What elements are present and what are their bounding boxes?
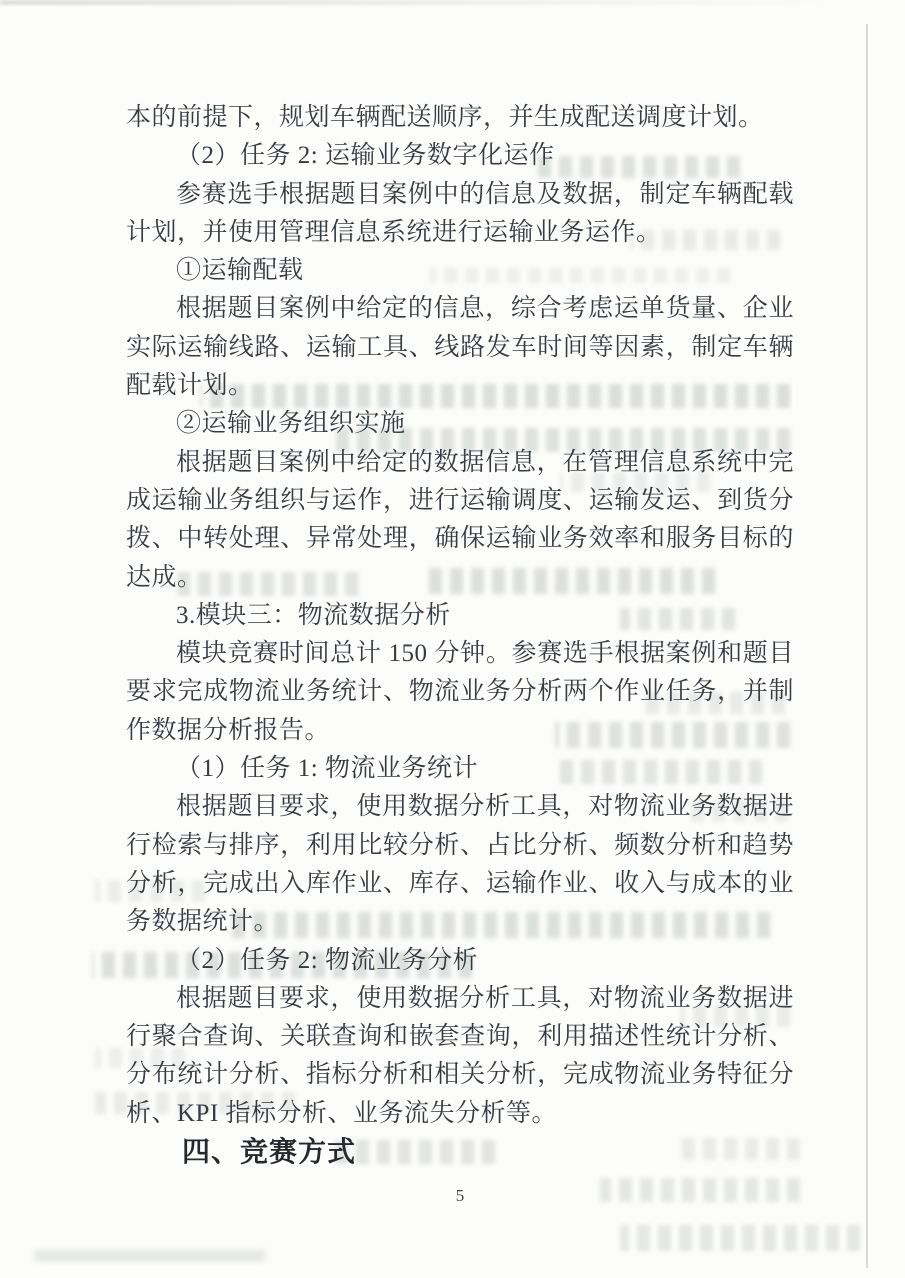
- task-subheading: （1）任务 1: 物流业务统计: [126, 750, 794, 788]
- document-paragraph: 根据题目案例中给定的数据信息，在管理信息系统中完成运输业务组织与运作，进行运输调…: [126, 444, 794, 597]
- section-heading: 四、竞赛方式: [126, 1133, 794, 1171]
- bleed-through-artifact: [620, 1225, 860, 1251]
- document-paragraph: 本的前提下，规划车辆配送顺序，并生成配送调度计划。: [126, 99, 794, 137]
- document-text-column: 本的前提下，规划车辆配送顺序，并生成配送调度计划。 （2）任务 2: 运输业务数…: [126, 99, 794, 1171]
- scan-top-edge-artifact: [0, 0, 835, 5]
- task-subheading: （2）任务 2: 运输业务数字化运作: [126, 137, 794, 175]
- document-paragraph: 根据题目案例中给定的信息，综合考虑运单货量、企业实际运输线路、运输工具、线路发车…: [126, 290, 794, 405]
- document-paragraph: 参赛选手根据题目案例中的信息及数据，制定车辆配载计划，并使用管理信息系统进行运输…: [126, 176, 794, 253]
- document-paragraph: 模块竞赛时间总计 150 分钟。参赛选手根据案例和题目要求完成物流业务统计、物流…: [126, 635, 794, 750]
- document-paragraph: 根据题目要求，使用数据分析工具，对物流业务数据进行检索与排序，利用比较分析、占比…: [126, 788, 794, 941]
- scanned-document-page: 本的前提下，规划车辆配送顺序，并生成配送调度计划。 （2）任务 2: 运输业务数…: [0, 0, 905, 1278]
- page-number: 5: [126, 1186, 794, 1206]
- scan-bottom-smear-artifact: [35, 1250, 265, 1261]
- item-subheading: ②运输业务组织实施: [126, 405, 794, 443]
- module-subheading: 3.模块三：物流数据分析: [126, 597, 794, 635]
- item-subheading: ①运输配载: [126, 252, 794, 290]
- task-subheading: （2）任务 2: 物流业务分析: [126, 942, 794, 980]
- page-right-edge-line: [866, 24, 868, 1268]
- document-paragraph: 根据题目要求，使用数据分析工具，对物流业务数据进行聚合查询、关联查询和嵌套查询，…: [126, 980, 794, 1133]
